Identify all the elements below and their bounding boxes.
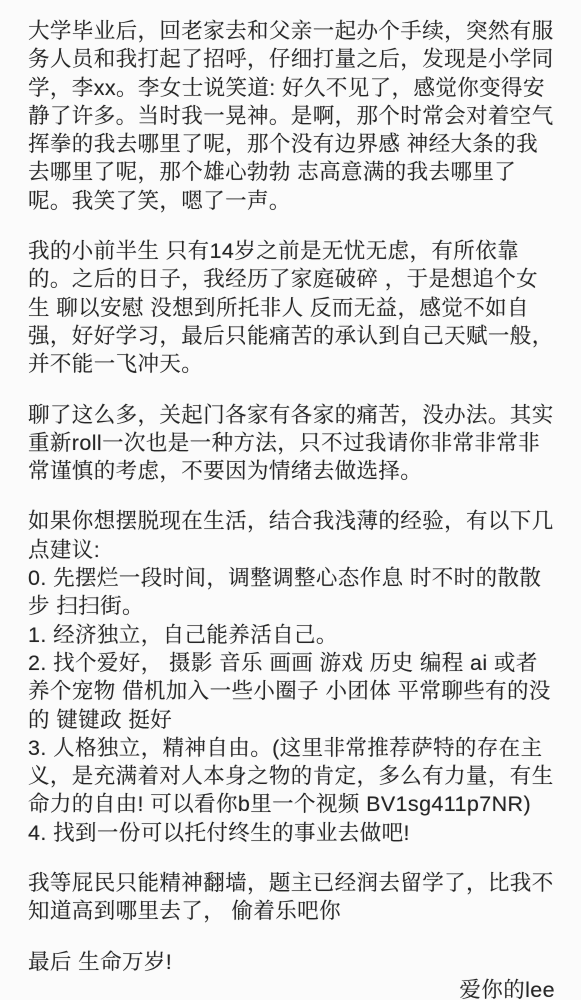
advice-intro: 如果你想摆脱现在生活，结合我浅薄的经验，有以下几点建议: — [28, 507, 555, 564]
paragraph-postscript: 我等屁民只能精神翻墙，题主已经润去留学了，比我不知道高到哪里去了， 偷着乐吧你 — [28, 869, 555, 926]
closing-section: 最后 生命万岁! 爱你的lee — [28, 948, 555, 1000]
paragraph-text: 我等屁民只能精神翻墙，题主已经润去留学了，比我不知道高到哪里去了， 偷着乐吧你 — [28, 869, 555, 926]
advice-item-0: 0. 先摆烂一段时间，调整调整心态作息 时不时的散散步 扫扫街。 — [28, 564, 555, 621]
advice-item-4: 4. 找到一份可以托付终生的事业去做吧! — [28, 819, 555, 847]
closing-line: 最后 生命万岁! — [28, 948, 555, 976]
advice-item-2: 2. 找个爱好， 摄影 音乐 画画 游戏 历史 编程 ai 或者养个宠物 借机加… — [28, 649, 555, 734]
paragraph-text: 大学毕业后，回老家去和父亲一起办个手续，突然有服务人员和我打起了招呼，仔细打量之… — [28, 17, 555, 215]
advice-item-3: 3. 人格独立，精神自由。(这里非常推荐萨特的存在主义，是充满着对人本身之物的肯… — [28, 734, 555, 819]
letter-page: 大学毕业后，回老家去和父亲一起办个手续，突然有服务人员和我打起了招呼，仔细打量之… — [0, 0, 581, 1000]
advice-item-1: 1. 经济独立，自己能养活自己。 — [28, 621, 555, 649]
paragraph-reroll: 聊了这么多，关起门各家有各家的痛苦，没办法。其实重新roll一次也是一种方法，只… — [28, 401, 555, 486]
paragraph-text: 我的小前半生 只有14岁之前是无忧无虑，有所依靠的。之后的日子，我经历了家庭破碎… — [28, 237, 555, 378]
paragraph-early-life: 我的小前半生 只有14岁之前是无忧无虑，有所依靠的。之后的日子，我经历了家庭破碎… — [28, 237, 555, 378]
advice-section: 如果你想摆脱现在生活，结合我浅薄的经验，有以下几点建议: 0. 先摆烂一段时间，… — [28, 507, 555, 847]
signature: 爱你的lee — [28, 976, 555, 1000]
paragraph-reunion: 大学毕业后，回老家去和父亲一起办个手续，突然有服务人员和我打起了招呼，仔细打量之… — [28, 17, 555, 215]
paragraph-text: 聊了这么多，关起门各家有各家的痛苦，没办法。其实重新roll一次也是一种方法，只… — [28, 401, 555, 486]
